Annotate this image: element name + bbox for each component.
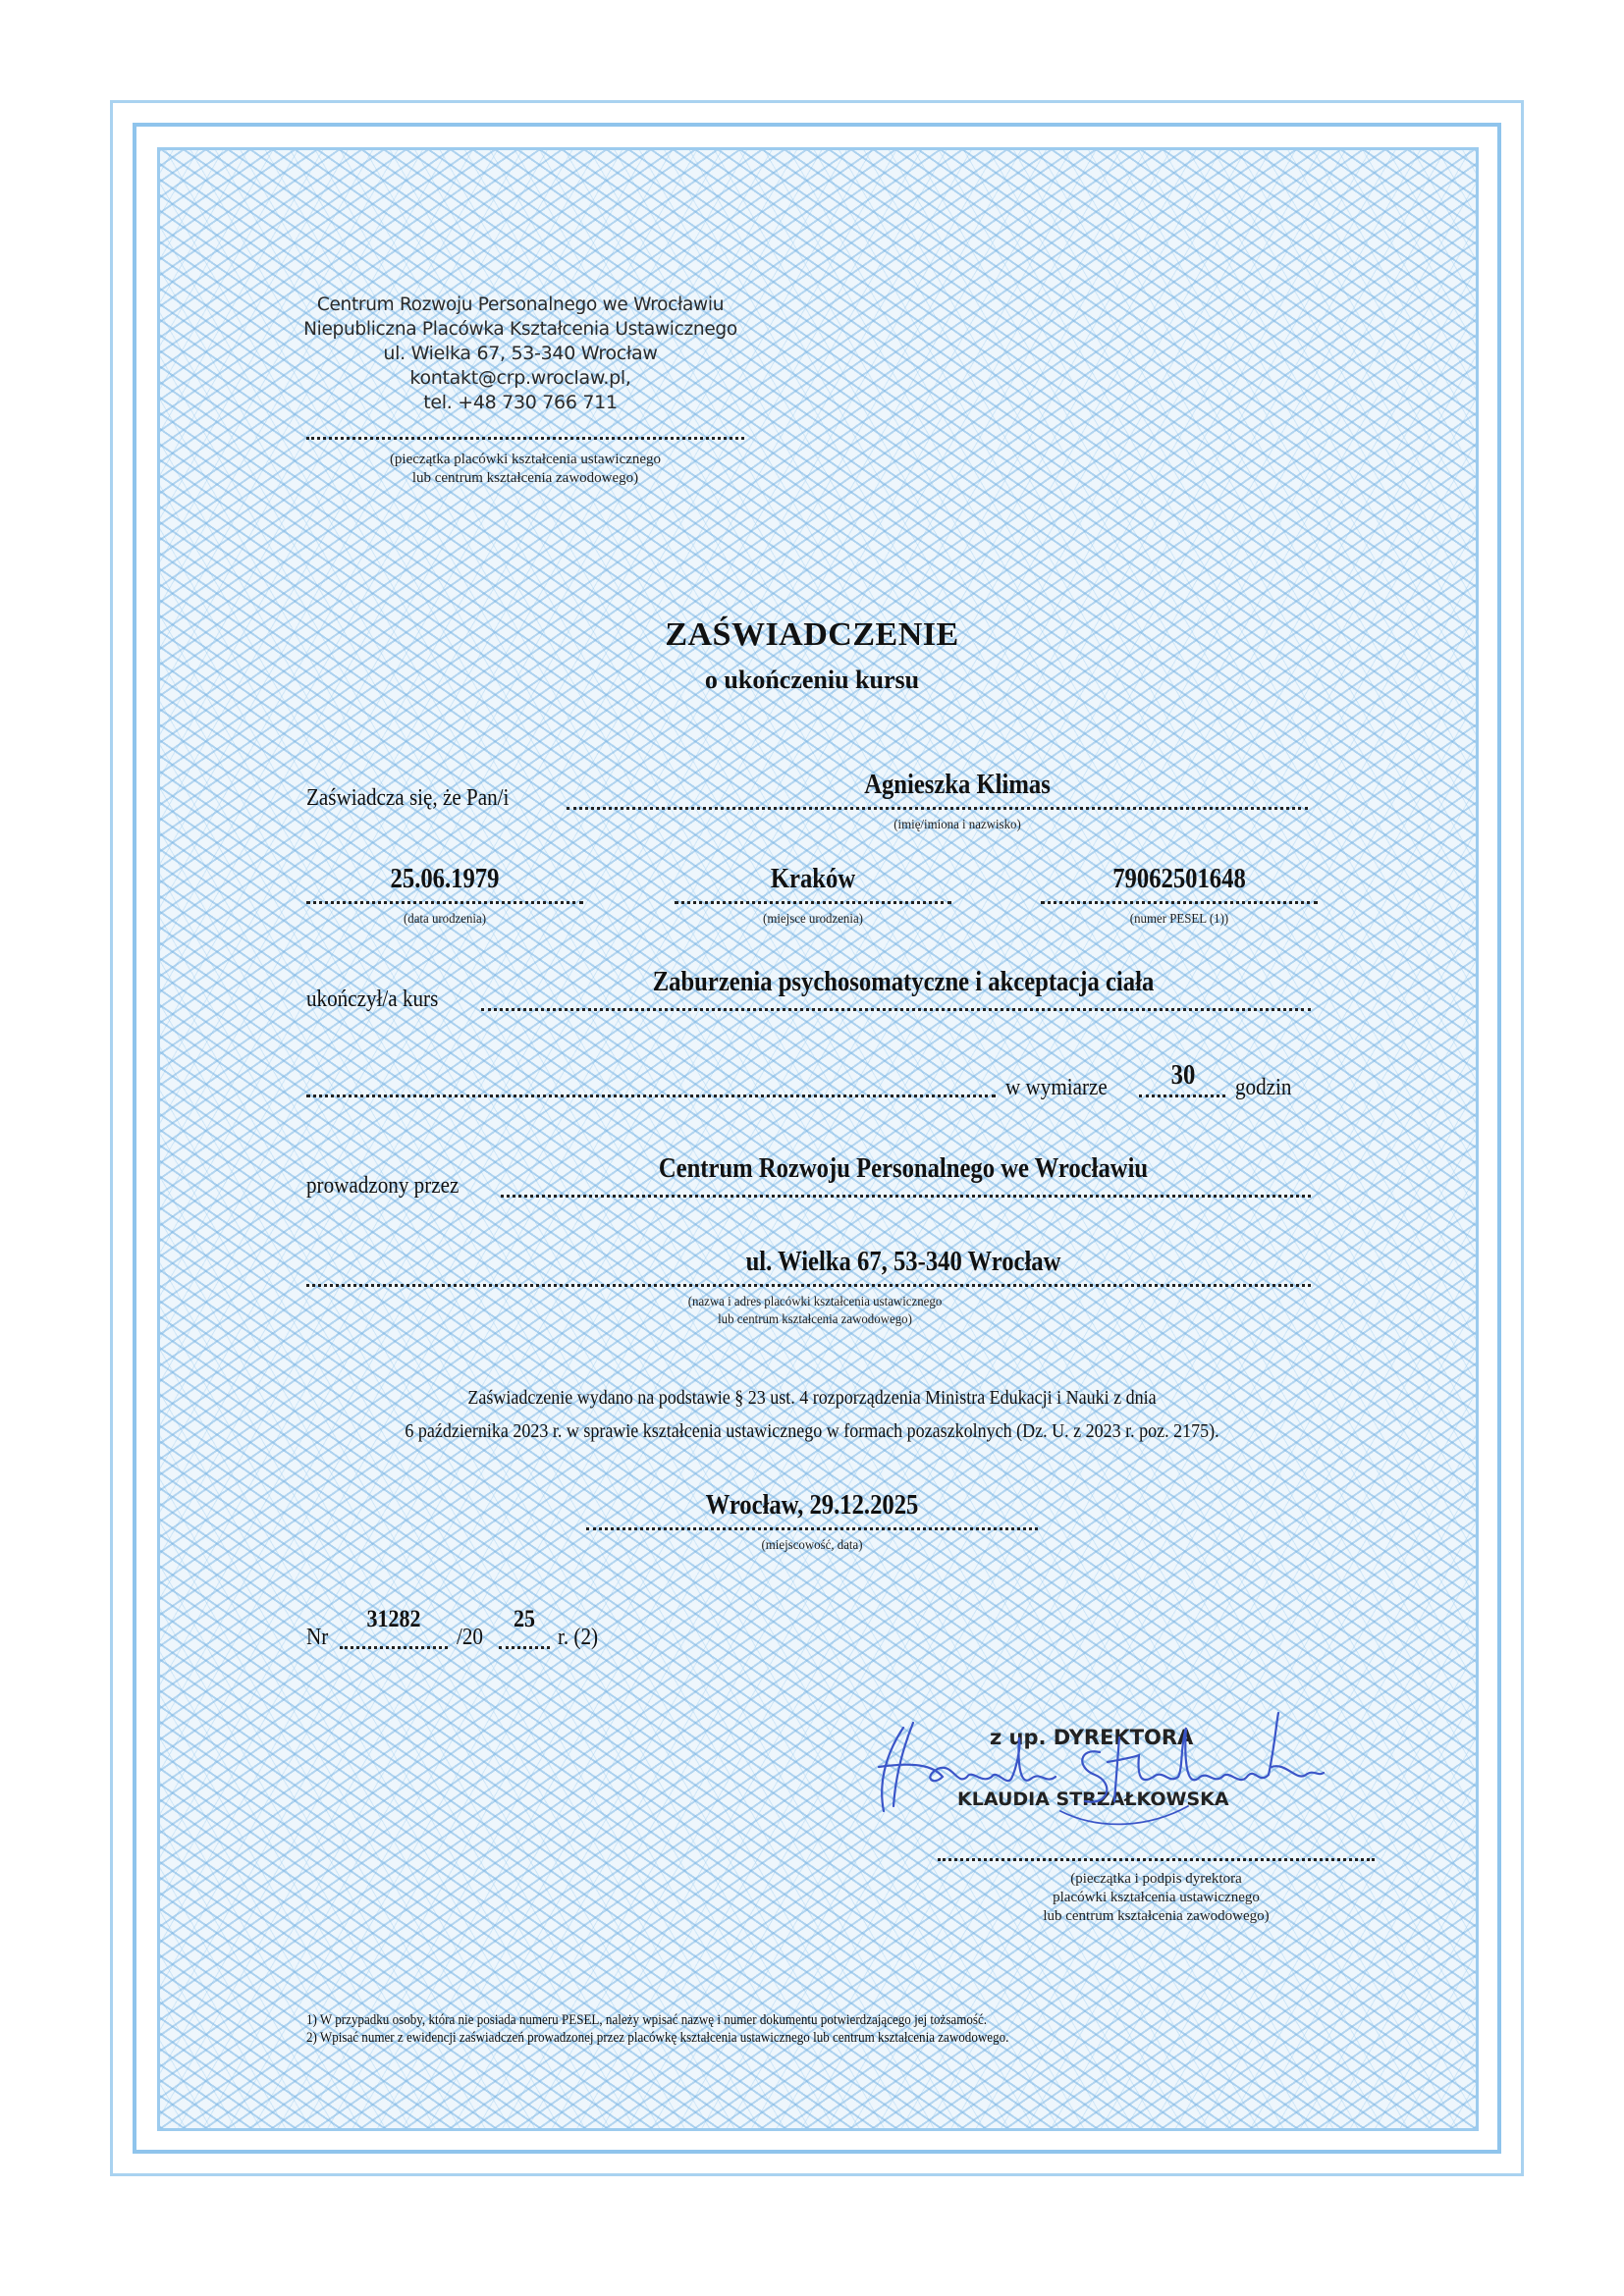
course-name-line bbox=[481, 1008, 1311, 1011]
birth-date-line bbox=[306, 901, 583, 904]
provider-label: prowadzony przez bbox=[306, 1173, 459, 1200]
provider-name-line bbox=[501, 1195, 1311, 1198]
pesel-line bbox=[1041, 901, 1318, 904]
pesel-caption: (numer PESEL (1)) bbox=[1052, 911, 1306, 929]
institution-stamp: Centrum Rozwoju Personalnego we Wrocławi… bbox=[285, 293, 756, 415]
stamp-caption-line1: (pieczątka placówki kształcenia ustawicz… bbox=[306, 451, 744, 469]
handwritten-signature bbox=[874, 1708, 1326, 1836]
signature-line bbox=[938, 1858, 1375, 1861]
stamp-caption: (pieczątka placówki kształcenia ustawicz… bbox=[306, 451, 744, 488]
pesel-number: 79062501648 bbox=[1057, 864, 1301, 895]
course-hours: 30 bbox=[1149, 1060, 1218, 1092]
birth-date: 25.06.1979 bbox=[323, 864, 567, 895]
birth-place-line bbox=[675, 901, 951, 904]
number-prefix: Nr bbox=[306, 1625, 328, 1651]
stamp-line-address: ul. Wielka 67, 53-340 Wrocław bbox=[285, 342, 756, 366]
birth-place: Kraków bbox=[691, 864, 935, 895]
course-continuation-line bbox=[306, 1095, 996, 1097]
stamp-line-type: Niepubliczna Placówka Kształcenia Ustawi… bbox=[285, 317, 756, 342]
stamp-dotted-line bbox=[306, 437, 744, 440]
provider-caption: (nazwa i adres placówki kształcenia usta… bbox=[625, 1294, 1004, 1329]
hours-label: w wymiarze bbox=[1005, 1075, 1108, 1101]
document-subtitle: o ukończeniu kursu bbox=[0, 666, 1624, 695]
hours-line bbox=[1139, 1095, 1225, 1097]
person-label: Zaświadcza się, że Pan/i bbox=[306, 785, 509, 812]
provider-name: Centrum Rozwoju Personalnego we Wrocławi… bbox=[592, 1153, 1215, 1185]
certificate-year: 25 bbox=[502, 1606, 547, 1633]
birth-place-caption: (miejsce urodzenia) bbox=[685, 911, 940, 929]
footnote-2: 2) Wpisać numer z ewidencji zaświadczeń … bbox=[306, 2030, 1008, 2047]
certificate-number: 31282 bbox=[347, 1606, 442, 1633]
stamp-line-name: Centrum Rozwoju Personalnego we Wrocławi… bbox=[285, 293, 756, 317]
number-line bbox=[340, 1646, 448, 1649]
stamp-line-phone: tel. +48 730 766 711 bbox=[285, 391, 756, 415]
stamp-line-email: kontakt@crp.wroclaw.pl, bbox=[285, 366, 756, 391]
number-suffix: r. (2) bbox=[558, 1625, 598, 1651]
signature-caption-line3: lub centrum kształcenia zawodowego) bbox=[938, 1907, 1375, 1926]
signature-caption-line2: placówki kształcenia ustawicznego bbox=[938, 1889, 1375, 1907]
person-name-caption: (imię/imiona i nazwisko) bbox=[709, 817, 1206, 834]
person-name: Agnieszka Klimas bbox=[720, 770, 1195, 801]
stamp-caption-line2: lub centrum kształcenia zawodowego) bbox=[306, 469, 744, 488]
signature-caption: (pieczątka i podpis dyrektora placówki k… bbox=[938, 1870, 1375, 1926]
provider-caption-line2: lub centrum kształcenia zawodowego) bbox=[625, 1311, 1004, 1329]
legal-basis-line2: 6 października 2023 r. w sprawie kształc… bbox=[81, 1420, 1543, 1443]
document-title: ZAŚWIADCZENIE bbox=[0, 616, 1624, 654]
issue-date-line bbox=[586, 1527, 1038, 1530]
legal-basis-line1: Zaświadczenie wydano na podstawie § 23 u… bbox=[81, 1387, 1543, 1410]
signature-caption-line1: (pieczątka i podpis dyrektora bbox=[938, 1870, 1375, 1889]
course-label: ukończył/a kurs bbox=[306, 987, 438, 1013]
provider-address-line bbox=[306, 1284, 1311, 1287]
number-year-line bbox=[499, 1646, 550, 1649]
footnote-1: 1) W przypadku osoby, która nie posiada … bbox=[306, 2012, 987, 2029]
person-name-line bbox=[567, 807, 1308, 810]
issue-date-caption: (miejscowość, data) bbox=[604, 1537, 1019, 1555]
birth-date-caption: (data urodzenia) bbox=[317, 911, 571, 929]
provider-caption-line1: (nazwa i adres placówki kształcenia usta… bbox=[625, 1294, 1004, 1311]
hours-unit: godzin bbox=[1235, 1075, 1291, 1101]
provider-address: ul. Wielka 67, 53-340 Wrocław bbox=[592, 1247, 1215, 1278]
course-name: Zaburzenia psychosomatyczne i akceptacja… bbox=[558, 967, 1249, 998]
number-year-prefix: /20 bbox=[457, 1625, 483, 1651]
issue-place-date: Wrocław, 29.12.2025 bbox=[614, 1490, 1011, 1522]
